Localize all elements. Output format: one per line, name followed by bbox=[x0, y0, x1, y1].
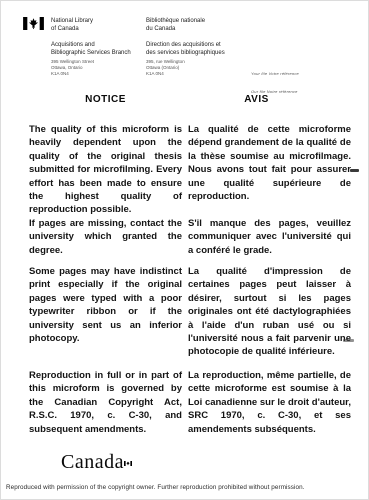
avis-heading: AVIS bbox=[188, 94, 325, 105]
notice-paragraph: Reproduction in full or in part of this … bbox=[29, 369, 182, 436]
org-address-fr: 395, rue Wellington Ottawa (Ontario) K1A… bbox=[146, 59, 185, 77]
scan-mark bbox=[343, 339, 354, 342]
org-address-en: 395 Wellington Street Ottawa, Ontario K1… bbox=[51, 59, 94, 77]
avis-paragraph: La qualité de cette microforme dépend gr… bbox=[188, 123, 351, 203]
wordmark-flag-icon bbox=[124, 449, 132, 472]
notice-paragraph: If pages are missing, contact the univer… bbox=[29, 217, 182, 257]
avis-paragraph: La qualité d'impression de certaines pag… bbox=[188, 265, 351, 359]
file-ref-your: Your file Votre référence bbox=[251, 71, 299, 76]
org-branch-en: Acquisitions and Bibliographic Services … bbox=[51, 41, 131, 57]
notice-paragraph: Some pages may have indistinct print esp… bbox=[29, 265, 182, 345]
avis-paragraph: La reproduction, même partielle, de cett… bbox=[188, 369, 351, 436]
notice-heading: NOTICE bbox=[29, 94, 182, 105]
document-page: National Library of Canada Acquisitions … bbox=[0, 0, 369, 500]
canada-wordmark-text: Canada bbox=[61, 451, 124, 473]
org-branch-fr: Direction des acquisitions et des servic… bbox=[146, 41, 225, 57]
scan-mark bbox=[350, 169, 359, 172]
org-name-en: National Library of Canada bbox=[51, 17, 93, 33]
canada-wordmark: Canada bbox=[61, 451, 124, 474]
org-name-fr: Bibliothèque nationale du Canada bbox=[146, 17, 205, 33]
canada-flag-icon bbox=[23, 17, 44, 30]
avis-paragraph: S'il manque des pages, veuillez communiq… bbox=[188, 217, 351, 257]
copyright-footer: Reproduced with permission of the copyri… bbox=[6, 484, 366, 491]
notice-paragraph: The quality of this microform is heavily… bbox=[29, 123, 182, 217]
